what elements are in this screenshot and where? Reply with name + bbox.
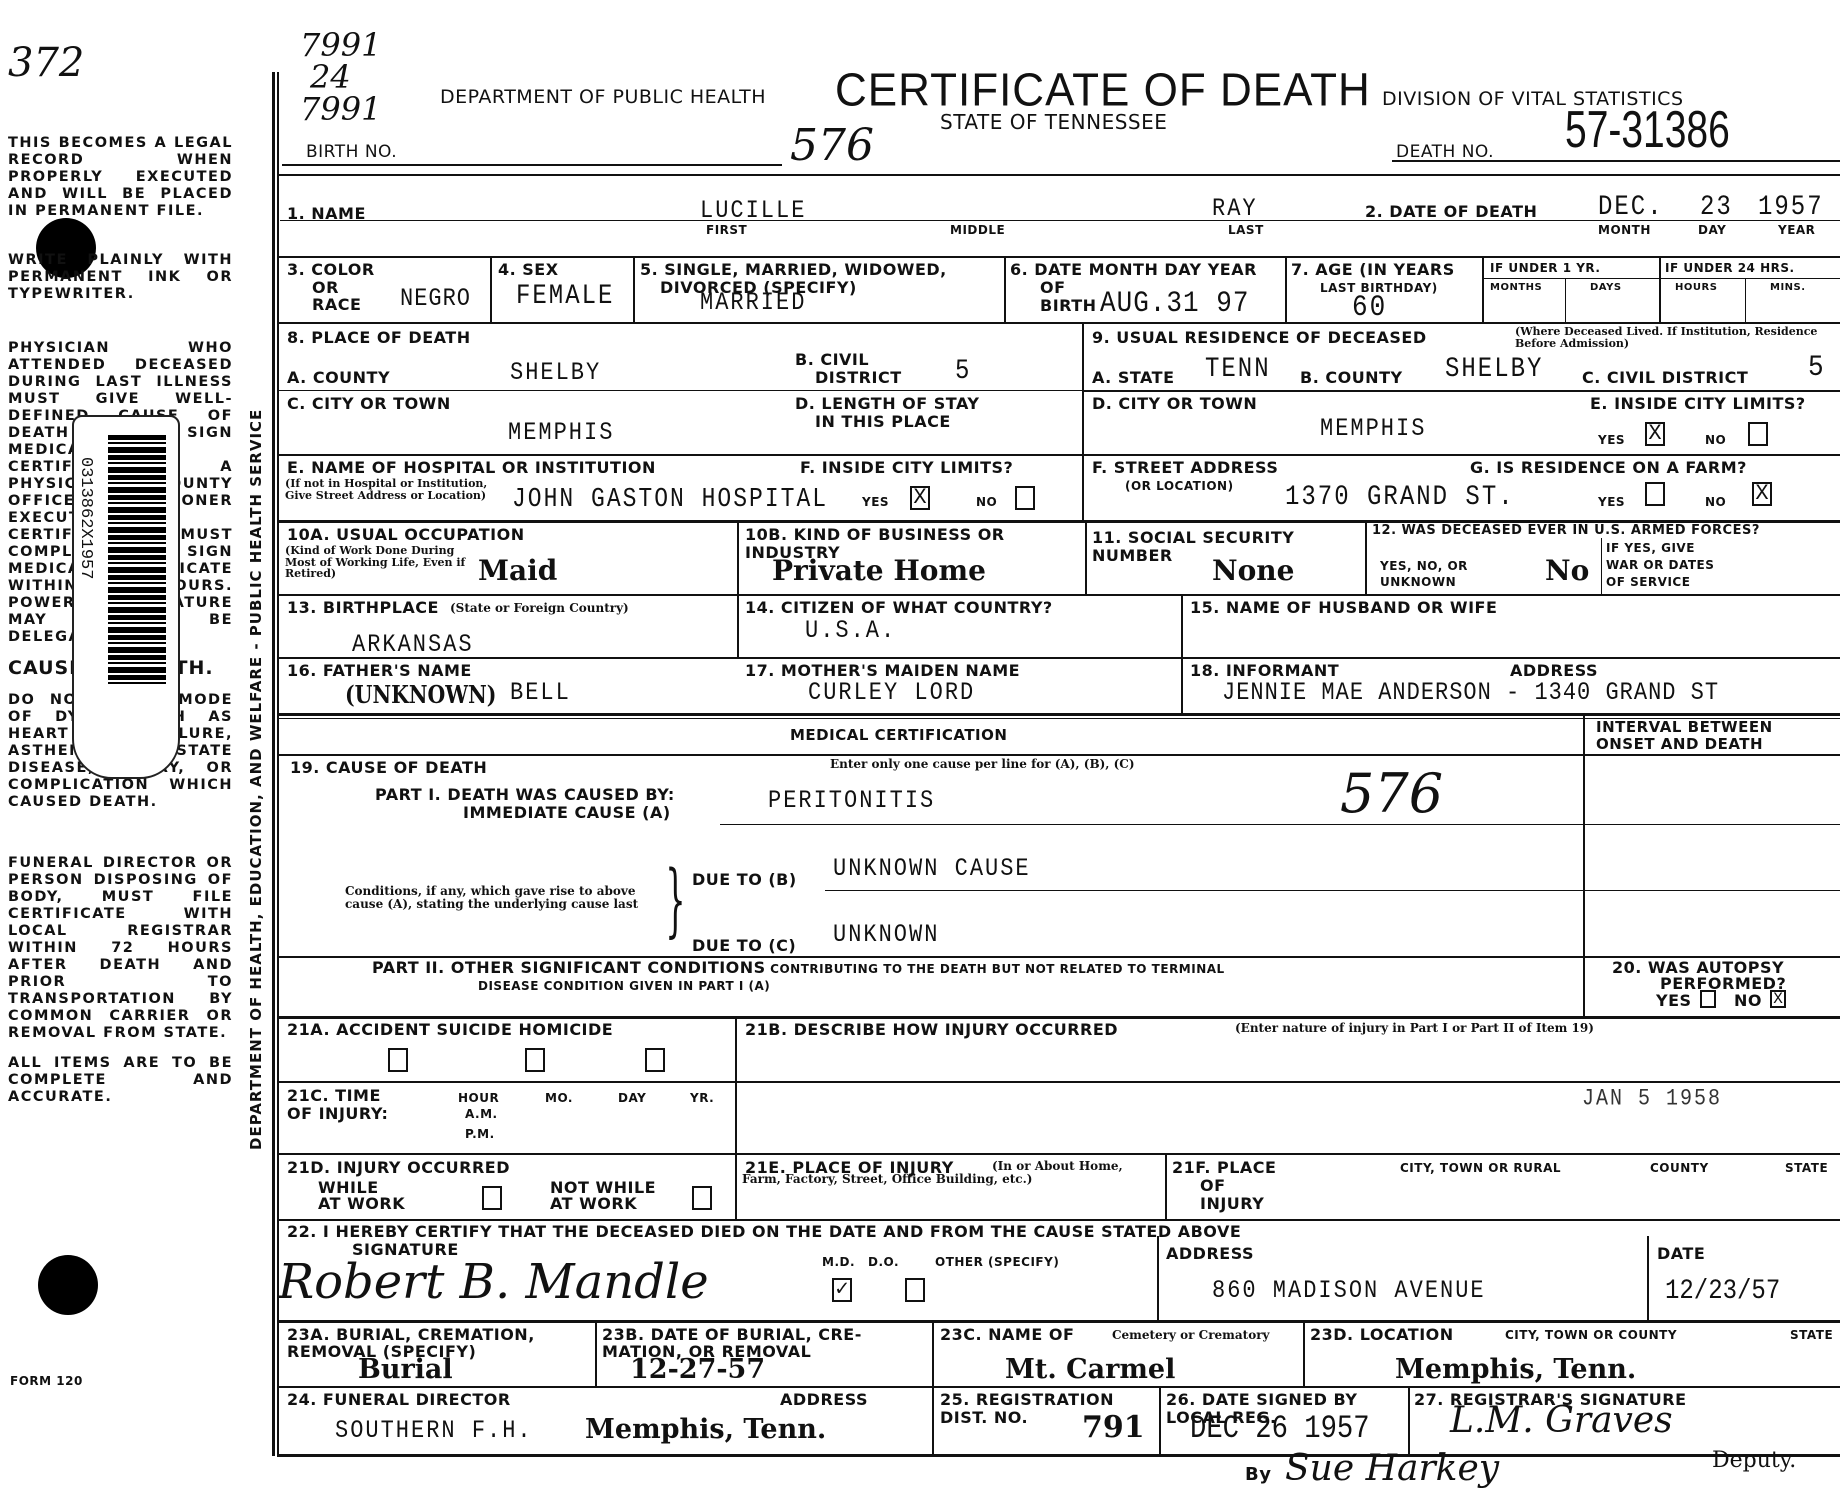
col-divider [1285, 256, 1287, 322]
deputy-label: Deputy. [1712, 1448, 1796, 1473]
md-label: M.D. [822, 1256, 855, 1269]
mother-value: CURLEY LORD [808, 678, 975, 707]
father-label: 16. FATHER'S NAME [287, 663, 472, 680]
hospital-value: JOHN GASTON HOSPITAL [512, 484, 828, 514]
margin-write-plainly-note: WRITE PLAINLY WITH PERMANENT INK OR TYPE… [8, 252, 233, 303]
col-divider [1159, 1386, 1161, 1454]
birthplace-value: ARKANSAS [352, 630, 474, 659]
birthplace-note: (State or Foreign Country) [450, 602, 629, 615]
barcode-number: 0313862X1957 [76, 457, 95, 579]
row-divider [277, 1081, 1840, 1083]
color-label: 3. COLOR [287, 262, 375, 279]
injury-state-label: STATE [1785, 1162, 1828, 1175]
row-divider [277, 1016, 1840, 1019]
mins-label: MINS. [1770, 283, 1806, 294]
street-label-2: (OR LOCATION) [1125, 480, 1234, 493]
res-inside-no-label: NO [1705, 434, 1726, 447]
death-year-value: 1957 [1758, 192, 1824, 223]
last-label: LAST [1228, 224, 1264, 237]
col-divider [1303, 1320, 1305, 1386]
handwritten-birth-code-1: 7991 [300, 30, 381, 60]
war-label: IF YES, GIVE [1606, 542, 1695, 555]
col-divider [1601, 538, 1602, 594]
res-county-label: B. COUNTY [1300, 370, 1403, 387]
cemetery-value: Mt. Carmel [1005, 1354, 1175, 1385]
autopsy-no-checkbox[interactable]: X [1770, 990, 1786, 1008]
name-last-value: RAY [1212, 194, 1258, 223]
certify-date-value: 12/23/57 [1665, 1276, 1780, 1307]
war-label-2: WAR OR DATES [1606, 559, 1714, 572]
hospital-note: (If not in Hospital or Institution, Give… [285, 478, 495, 501]
cause-b-line [825, 890, 1840, 891]
handwritten-file-number: 372 [8, 40, 84, 86]
homicide-checkbox[interactable] [645, 1048, 665, 1072]
res-city-value: MEMPHIS [1320, 414, 1426, 443]
col-divider [1085, 520, 1087, 594]
res-civil-value: 5 [1808, 350, 1826, 385]
interval-column-divider [1583, 716, 1585, 1018]
funeral-director-address: Memphis, Tenn. [585, 1414, 826, 1445]
farm-label: G. IS RESIDENCE ON A FARM? [1470, 460, 1747, 477]
injury-day-label: DAY [618, 1092, 646, 1105]
date-signed-value: DEC 26 1957 [1190, 1410, 1370, 1447]
ssn-value: None [1212, 554, 1294, 587]
inside-yes-label: YES [862, 496, 889, 509]
place-of-death-label: 8. PLACE OF DEATH [287, 330, 471, 347]
location-state-label: STATE [1790, 1329, 1833, 1342]
row-divider [277, 1153, 1840, 1155]
marital-value: MARRIED [700, 288, 806, 317]
death-no-line [1392, 160, 1840, 162]
father-value: BELL [510, 678, 571, 707]
under-1-yr-label: IF UNDER 1 YR. [1490, 262, 1600, 275]
marital-label: 5. SINGLE, MARRIED, WIDOWED, [640, 262, 947, 279]
margin-funeral-director-note: FUNERAL DIRECTOR OR PERSON DISPOSING OF … [8, 855, 233, 1042]
cemetery-label: 23C. NAME OF [940, 1327, 1074, 1344]
citizen-label: 14. CITIZEN OF WHAT COUNTRY? [745, 600, 1053, 617]
res-inside-no-checkbox[interactable] [1748, 422, 1768, 446]
county-value: SHELBY [510, 358, 601, 387]
time-of-injury-label-2: OF INJURY: [287, 1106, 388, 1123]
place-21f-label-2: OF [1200, 1178, 1226, 1195]
cause-c-value: UNKNOWN [833, 920, 939, 949]
col-divider [1181, 594, 1183, 713]
do-checkbox[interactable] [905, 1278, 925, 1302]
middle-label: MIDDLE [950, 224, 1005, 237]
res-state-label: A. STATE [1092, 370, 1175, 387]
col-divider [1565, 278, 1566, 322]
length-of-stay-label: D. LENGTH OF STAY [795, 396, 979, 413]
brace: } [665, 860, 685, 940]
row-divider [277, 1320, 1840, 1323]
describe-injury-note: (Enter nature of injury in Part I or Par… [1235, 1022, 1594, 1035]
dob-label: 6. DATE MONTH DAY YEAR [1010, 262, 1257, 279]
col-divider [490, 256, 492, 322]
am-label: A.M. [465, 1108, 498, 1121]
deputy-signature: Sue Harkey [1285, 1448, 1499, 1489]
ssn-label: 11. SOCIAL SECURITY [1092, 530, 1294, 547]
res-inside-label: E. INSIDE CITY LIMITS? [1590, 396, 1806, 413]
col-divider [1165, 1153, 1167, 1219]
death-month-value: DEC. [1598, 192, 1664, 223]
place-of-injury-note: (In or About Home, Farm, Factory, Street… [742, 1160, 1162, 1185]
length-of-stay-label-2: IN THIS PLACE [815, 414, 951, 431]
state-heading: STATE OF TENNESSEE [940, 112, 1167, 133]
certify-date-label: DATE [1657, 1246, 1705, 1263]
funeral-director-label: 24. FUNERAL DIRECTOR [287, 1392, 511, 1409]
barcode [108, 435, 166, 685]
medical-cert-header: MEDICAL CERTIFICATION [790, 728, 1007, 744]
under-24-hrs-label: IF UNDER 24 HRS. [1665, 262, 1795, 275]
form-left-border [272, 72, 275, 1456]
certify-statement: 22. I HEREBY CERTIFY THAT THE DECEASED D… [287, 1224, 1241, 1241]
while-at-work-label-2: AT WORK [318, 1196, 405, 1213]
ssn-label-2: NUMBER [1092, 548, 1173, 565]
citizen-value: U.S.A. [805, 616, 896, 645]
suicide-checkbox[interactable] [525, 1048, 545, 1072]
section-divider [1082, 322, 1084, 522]
part2-label: PART II. OTHER SIGNIFICANT CONDITIONS [372, 958, 766, 977]
col-divider [595, 1320, 597, 1386]
not-while-at-work-label-2: AT WORK [550, 1196, 637, 1213]
res-city-label: D. CITY OR TOWN [1092, 396, 1257, 413]
cause-a-value: PERITONITIS [768, 786, 935, 815]
funeral-director-value: SOUTHERN F.H. [335, 1416, 533, 1445]
occupation-value: Maid [478, 554, 557, 587]
civil-district-label: B. CIVIL [795, 352, 869, 369]
form-number: FORM 120 [10, 1375, 83, 1388]
subheader-line [1482, 278, 1840, 279]
row-divider [277, 256, 1840, 258]
due-to-c-label: DUE TO (C) [692, 938, 796, 955]
cause-a-line [720, 824, 1840, 825]
injury-county-label: COUNTY [1650, 1162, 1709, 1175]
occupation-label: 10A. USUAL OCCUPATION [287, 527, 525, 544]
injury-occurred-label: 21D. INJURY OCCURRED [287, 1160, 510, 1177]
col-divider [1365, 520, 1367, 594]
row-divider [277, 454, 1840, 456]
row-divider [277, 754, 1840, 756]
conditions-note: Conditions, if any, which gave rise to a… [345, 885, 645, 910]
immediate-cause-label: IMMEDIATE CAUSE (A) [463, 805, 671, 822]
birth-no-value: 576 [790, 120, 874, 171]
hospital-label: E. NAME OF HOSPITAL OR INSTITUTION [287, 460, 656, 477]
sex-label: 4. SEX [498, 262, 559, 279]
res-civil-label: C. CIVIL DISTRICT [1582, 370, 1748, 387]
days-label: DAYS [1590, 283, 1622, 294]
date-signed-label: 26. DATE SIGNED BY [1166, 1392, 1357, 1409]
dob-label-of: OF [1040, 280, 1066, 297]
row-divider [277, 174, 1840, 176]
while-at-work-checkbox[interactable] [482, 1186, 502, 1210]
city-rural-label: CITY, TOWN OR RURAL [1400, 1162, 1561, 1175]
farm-no-checkbox[interactable]: X [1752, 482, 1772, 506]
war-label-3: OF SERVICE [1606, 576, 1690, 589]
col-divider [1647, 1236, 1649, 1320]
row-divider [277, 1386, 1840, 1388]
autopsy-no-label: NO [1734, 993, 1762, 1010]
death-day-value: 23 [1700, 192, 1733, 223]
res-inside-yes-label: YES [1598, 434, 1625, 447]
row-divider [277, 390, 1082, 391]
registrar-signature: L.M. Graves [1450, 1400, 1673, 1441]
birthplace-label: 13. BIRTHPLACE [287, 600, 439, 617]
not-while-at-work-checkbox[interactable] [692, 1186, 712, 1210]
age-value: 60 [1352, 290, 1387, 325]
inside-city-yes-checkbox[interactable]: X [910, 486, 930, 510]
interval-label-2: ONSET AND DEATH [1596, 737, 1763, 753]
business-label: 10B. KIND OF BUSINESS OR [745, 527, 1005, 544]
farm-yes-label: YES [1598, 496, 1625, 509]
autopsy-yes-label: YES [1656, 993, 1692, 1010]
place-21f-label: 21F. PLACE [1172, 1160, 1276, 1177]
age-label: 7. AGE (IN YEARS [1291, 262, 1455, 279]
armed-value: No [1545, 554, 1589, 587]
punch-hole-bottom [38, 1255, 98, 1315]
dob-value: AUG.31 97 [1100, 286, 1249, 321]
form-left-border-inner [277, 72, 279, 1456]
death-no-value: 57-31386 [1565, 100, 1730, 160]
county-label: A. COUNTY [287, 370, 390, 387]
handwritten-code: 576 [1340, 762, 1443, 825]
row-divider [277, 1219, 1840, 1221]
col-divider [737, 520, 739, 657]
location-note: CITY, TOWN OR COUNTY [1505, 1329, 1677, 1342]
first-label: FIRST [706, 224, 747, 237]
col-divider [633, 256, 635, 322]
informant-value: JENNIE MAE ANDERSON - 1340 GRAND ST [1222, 678, 1719, 707]
month-label: MONTH [1598, 224, 1651, 237]
row-divider [1082, 390, 1840, 392]
residence-label: 9. USUAL RESIDENCE OF DECEASED [1092, 330, 1427, 347]
day-label: DAY [1698, 224, 1726, 237]
hours-label: HOURS [1675, 283, 1717, 294]
place-21f-label-3: INJURY [1200, 1196, 1264, 1213]
city-value: MEMPHIS [508, 418, 614, 447]
describe-injury-label: 21B. DESCRIBE HOW INJURY OCCURRED [745, 1022, 1118, 1039]
color-value: NEGRO [400, 284, 471, 313]
residence-note: (Where Deceased Lived. If Institution, R… [1515, 326, 1835, 349]
occupation-note: (Kind of Work Done During Most of Workin… [285, 545, 485, 580]
mo-label: MO. [545, 1092, 573, 1105]
armed-sub-label-2: UNKNOWN [1380, 576, 1456, 589]
row-divider [277, 322, 1840, 324]
accident-checkbox[interactable] [388, 1048, 408, 1072]
form-bottom-border [277, 1454, 1840, 1457]
col-divider [1745, 278, 1746, 322]
department-heading: DEPARTMENT OF PUBLIC HEALTH [440, 88, 766, 108]
col-divider [735, 1017, 737, 1219]
part1-label: PART I. DEATH WAS CAUSED BY: [375, 787, 675, 804]
inside-city-no-checkbox[interactable] [1015, 486, 1035, 510]
do-label: D.O. [868, 1256, 899, 1269]
due-to-b-label: DUE TO (B) [692, 872, 797, 889]
location-label: 23D. LOCATION [1310, 1327, 1454, 1344]
city-label: C. CITY OR TOWN [287, 396, 451, 413]
civil-district-label-2: DISTRICT [815, 370, 902, 387]
date-of-death-label: 2. DATE OF DEATH [1365, 204, 1537, 221]
physician-address-value: 860 MADISON AVENUE [1212, 1276, 1486, 1305]
row-divider [277, 713, 1840, 716]
injury-type-label: 21A. ACCIDENT SUICIDE HOMICIDE [287, 1022, 613, 1039]
handwritten-birth-code-2: 24 [310, 62, 351, 92]
father-unknown-stamp: (UNKNOWN) [345, 680, 496, 709]
funeral-address-label: ADDRESS [780, 1392, 868, 1409]
year-label: YEAR [1778, 224, 1815, 237]
part2-label-small: CONTRIBUTING TO THE DEATH BUT NOT RELATE… [770, 962, 1225, 976]
col-divider [1408, 1386, 1410, 1454]
birth-no-label: BIRTH NO. [306, 144, 397, 162]
physician-signature: Robert B. Mandle [278, 1254, 709, 1310]
business-value: Private Home [772, 554, 986, 587]
farm-no-label: NO [1705, 496, 1726, 509]
cemetery-note: Cemetery or Crematory [1112, 1329, 1270, 1342]
autopsy-yes-checkbox[interactable] [1700, 990, 1716, 1008]
sex-value: FEMALE [516, 281, 614, 312]
margin-all-items-note: ALL ITEMS ARE TO BE COMPLETE AND ACCURAT… [8, 1055, 233, 1106]
other-label: OTHER (SPECIFY) [935, 1256, 1059, 1269]
burial-method-value: Burial [358, 1354, 453, 1385]
months-label: MONTHS [1490, 283, 1542, 294]
armed-forces-label: 12. WAS DECEASED EVER IN U.S. ARMED FORC… [1372, 524, 1760, 538]
vertical-agency-text: DEPARTMENT OF HEALTH, EDUCATION, AND WEL… [247, 409, 265, 1150]
burial-date-value: 12-27-57 [630, 1354, 765, 1385]
armed-sub-label: YES, NO, OR [1380, 560, 1468, 573]
registration-dist-label-2: DIST. NO. [940, 1410, 1028, 1427]
pm-label: P.M. [465, 1128, 495, 1141]
civil-district-value: 5 [955, 356, 971, 387]
color-label-race: RACE [312, 297, 361, 314]
received-date-stamp: JAN 5 1958 [1582, 1086, 1722, 1112]
cause-of-death-label: 19. CAUSE OF DEATH [290, 760, 487, 777]
col-divider [1157, 1236, 1159, 1320]
physician-address-label: ADDRESS [1166, 1246, 1254, 1263]
col-divider [1004, 256, 1006, 322]
interval-label: INTERVAL BETWEEN [1596, 720, 1773, 736]
registration-dist-label: 25. REGISTRATION [940, 1392, 1114, 1409]
margin-legal-record-note: THIS BECOMES A LEGAL RECORD WHEN PROPERL… [8, 135, 233, 220]
birth-no-line [282, 164, 782, 166]
res-county-value: SHELBY [1445, 354, 1543, 385]
street-value: 1370 GRAND ST. [1285, 482, 1515, 513]
cause-b-value: UNKNOWN CAUSE [833, 854, 1031, 883]
location-value: Memphis, Tenn. [1395, 1354, 1636, 1385]
inside-city-limits-label: F. INSIDE CITY LIMITS? [800, 460, 1013, 477]
registration-dist-value: 791 [1082, 1410, 1145, 1445]
res-inside-yes-checkbox[interactable]: X [1645, 422, 1665, 446]
row-divider [277, 657, 1840, 659]
by-label: By [1245, 1466, 1271, 1485]
dob-label-birth: BIRTH [1040, 298, 1097, 315]
row-divider [277, 594, 1840, 596]
hour-label: HOUR [458, 1092, 499, 1105]
md-checkbox[interactable]: ✓ [832, 1278, 852, 1302]
part2-label-2: DISEASE CONDITION GIVEN IN PART I (A) [478, 980, 770, 993]
part2-label-row: PART II. OTHER SIGNIFICANT CONDITIONS CO… [372, 960, 1225, 978]
spouse-label: 15. NAME OF HUSBAND OR WIFE [1190, 600, 1497, 617]
cause-instruction: Enter only one cause per line for (A), (… [830, 758, 1135, 771]
inside-no-label: NO [976, 496, 997, 509]
barcode-sticker: 0313862X1957 [72, 415, 180, 779]
street-label: F. STREET ADDRESS [1092, 460, 1278, 477]
handwritten-birth-code-3: 7991 [300, 94, 381, 124]
col-divider [1659, 256, 1661, 322]
res-state-value: TENN [1205, 354, 1271, 385]
farm-yes-checkbox[interactable] [1645, 482, 1665, 506]
col-divider [1482, 256, 1484, 322]
yr-label: YR. [690, 1092, 714, 1105]
time-of-injury-label: 21C. TIME [287, 1088, 381, 1105]
